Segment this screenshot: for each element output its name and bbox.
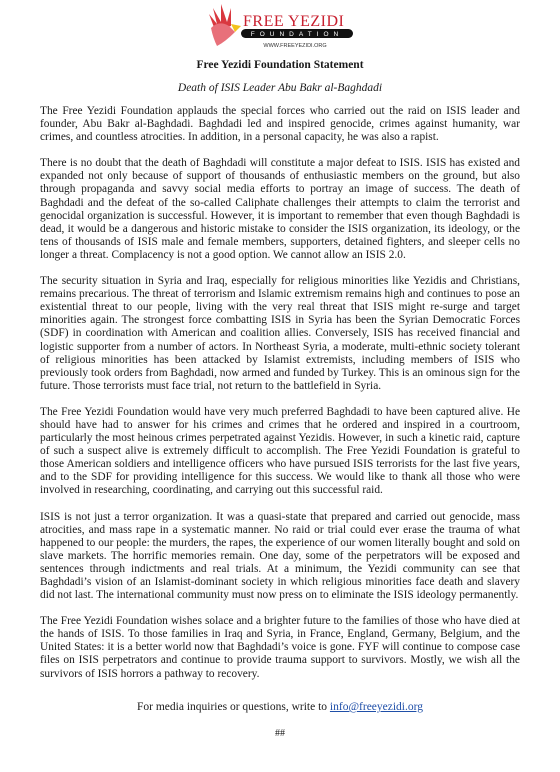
paragraph: There is no doubt that the death of Bagh… bbox=[40, 157, 520, 262]
paragraph: ISIS is not just a terror organization. … bbox=[40, 511, 520, 603]
free-yezidi-foundation-logo: FREE YEZIDI FOUNDATION WWW.FREEYEZIDI.OR… bbox=[205, 2, 355, 52]
email-link[interactable]: info@freeyezidi.org bbox=[330, 701, 423, 713]
statement-title: Free Yezidi Foundation Statement bbox=[0, 59, 560, 71]
bird-logo-icon: FREE YEZIDI FOUNDATION WWW.FREEYEZIDI.OR… bbox=[205, 2, 355, 52]
paragraph: The Free Yezidi Foundation applauds the … bbox=[40, 105, 520, 144]
svg-text:FOUNDATION: FOUNDATION bbox=[251, 31, 344, 38]
end-mark: ## bbox=[0, 728, 560, 739]
svg-text:FREE YEZIDI: FREE YEZIDI bbox=[243, 13, 344, 30]
contact-text: For media inquiries or questions, write … bbox=[137, 701, 330, 713]
svg-text:WWW.FREEYEZIDI.ORG: WWW.FREEYEZIDI.ORG bbox=[263, 43, 326, 49]
statement-subtitle: Death of ISIS Leader Abu Bakr al-Baghdad… bbox=[0, 82, 560, 94]
paragraph: The Free Yezidi Foundation would have ve… bbox=[40, 406, 520, 498]
media-contact: For media inquiries or questions, write … bbox=[0, 701, 560, 713]
paragraph: The Free Yezidi Foundation wishes solace… bbox=[40, 615, 520, 680]
paragraph: The security situation in Syria and Iraq… bbox=[40, 275, 520, 393]
statement-body: The Free Yezidi Foundation applauds the … bbox=[40, 105, 520, 694]
